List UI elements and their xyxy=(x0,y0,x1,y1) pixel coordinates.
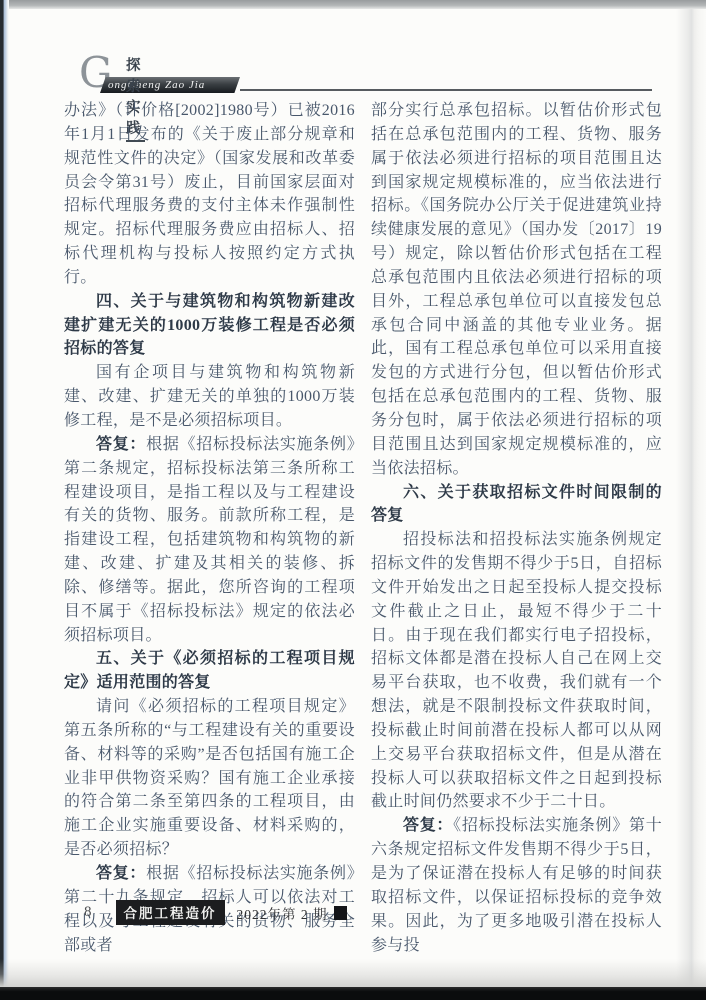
issue-label: 2022年第 2 期 xyxy=(237,903,328,923)
scan-edge-right xyxy=(676,9,706,987)
footer-square-icon xyxy=(334,906,347,920)
journal-title-badge: 合肥工程造价 xyxy=(116,900,225,925)
journal-logo-ribbon: ongCheng Zao Jia xyxy=(100,77,240,93)
section-heading: 四、关于与建筑物和构筑物新建改建扩建无关的1000万装修工程是否必须招标的答复 xyxy=(64,290,355,362)
paragraph: 答复：根据《招标投标法实施条例》第二条规定，招标投标法第三条所称工程建设项目，是… xyxy=(64,433,355,648)
journal-logo-script: ongCheng Zao Jia xyxy=(100,79,205,91)
article-body: 办法》（计价格[2002]1980号）已被2016年1月1日发布的《关于废止部分… xyxy=(64,99,662,957)
header-rule xyxy=(240,89,652,91)
section-heading: 五、关于《必须招标的工程项目规定》适用范围的答复 xyxy=(64,647,355,695)
scan-edge-bottom-shadow xyxy=(0,959,706,987)
scan-edge-bottom xyxy=(0,987,706,1000)
page-number: 8 xyxy=(84,904,92,921)
paragraph: 办法》（计价格[2002]1980号）已被2016年1月1日发布的《关于废止部分… xyxy=(64,99,355,290)
section-heading: 六、关于获取招标文件时间限制的答复 xyxy=(371,481,662,529)
scan-edge-top xyxy=(0,0,706,9)
right-column: 部分实行总承包招标。以暂估价形式包括在总承包范围内的工程、货物、服务属于依法必须… xyxy=(371,99,662,957)
paragraph: 国有企项目与建筑物和构筑物新建、改建、扩建无关的单独的1000万装修工程，是不是… xyxy=(64,361,355,433)
scanned-page: G ongCheng Zao Jia 探索实践 办法》（计价格[2002]198… xyxy=(0,0,706,1000)
paragraph: 答复：《招标投标法实施条例》第十六条规定招标文件发售期不得少于5日，是为了保证潜… xyxy=(371,814,662,957)
paragraph: 部分实行总承包招标。以暂估价形式包括在总承包范围内的工程、货物、服务属于依法必须… xyxy=(371,99,662,481)
paragraph: 招投标法和招投标法实施条例规定招标文件的发售期不得少于5日，自招标文件开始发出之… xyxy=(371,528,662,814)
page-footer: 8 合肥工程造价 2022年第 2 期 xyxy=(84,900,347,925)
scan-edge-left xyxy=(0,0,9,987)
left-column: 办法》（计价格[2002]1980号）已被2016年1月1日发布的《关于废止部分… xyxy=(64,99,355,957)
paragraph: 请问《必须招标的工程项目规定》第五条所称的“与工程建设有关的重要设备、材料等的采… xyxy=(64,695,355,862)
